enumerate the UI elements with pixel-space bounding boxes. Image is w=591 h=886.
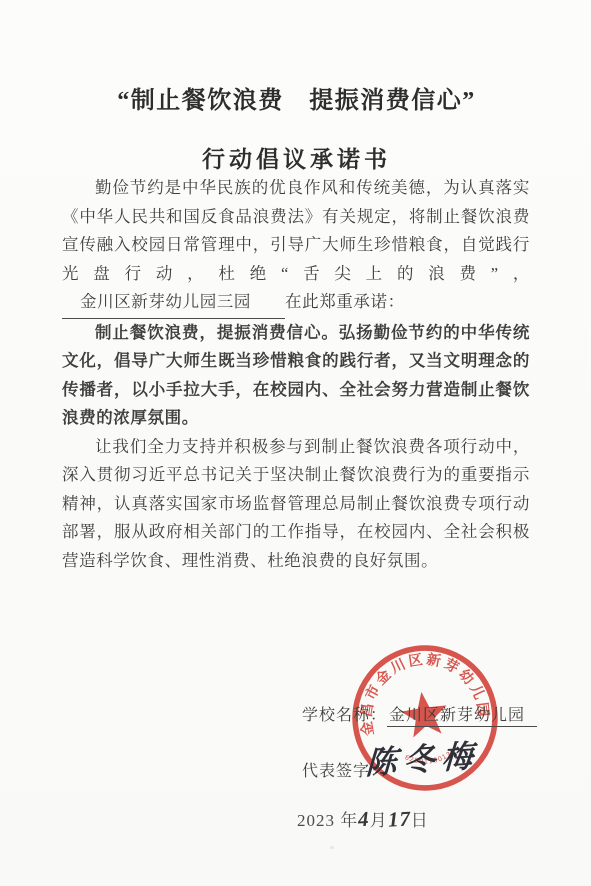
- document-page: “制止餐饮浪费 提振消费信心” 行动倡议承诺书 勤俭节约是中华民族的优良作风和传…: [0, 0, 591, 886]
- school-name-label: 学校名称：: [302, 707, 387, 724]
- paragraph-action: 让我们全力支持并积极参与到制止餐饮浪费各项行动中，深入贯彻习近平总书记关于坚决制…: [62, 433, 530, 576]
- paragraph-intro: 勤俭节约是中华民族的优良作风和传统美德，为认真落实《中华人民共和国反食品浪费法》…: [62, 174, 530, 319]
- paragraph-pledge: 制止餐饮浪费，提振消费信心。弘扬勤俭节约的中华传统文化，倡导广大师生既当珍惜粮食…: [62, 319, 530, 433]
- document-title-line2: 行动倡议承诺书: [62, 141, 531, 174]
- document-title-line1: “制止餐饮浪费 提振消费信心”: [62, 80, 531, 115]
- date-month-handwritten: 4: [358, 807, 371, 833]
- scan-artifact: [330, 846, 334, 849]
- school-name-inline-underlined: 金川区新芽幼儿园三园: [62, 288, 285, 319]
- intro-text: 勤俭节约是中华民族的优良作风和传统美德，为认真落实《中华人民共和国反食品浪费法》…: [62, 178, 530, 283]
- date-day-handwritten: 17: [387, 806, 411, 832]
- date-month-unit: 月: [370, 811, 388, 830]
- school-name-value: 金川区新芽幼儿园: [387, 707, 537, 727]
- date-day-unit: 日: [411, 811, 429, 830]
- date-year-unit: 年: [340, 811, 358, 830]
- document-body: “制止餐饮浪费 提振消费信心” 行动倡议承诺书 勤俭节约是中华民族的优良作风和传…: [0, 0, 591, 575]
- school-name-line: 学校名称：金川区新芽幼儿园: [302, 702, 537, 725]
- intro-tail: 在此郑重承诺：: [285, 292, 405, 311]
- handwritten-signature: 陈冬梅: [365, 730, 481, 783]
- date-line: 2023 年4月17日: [297, 806, 429, 832]
- date-year: 2023: [297, 811, 335, 830]
